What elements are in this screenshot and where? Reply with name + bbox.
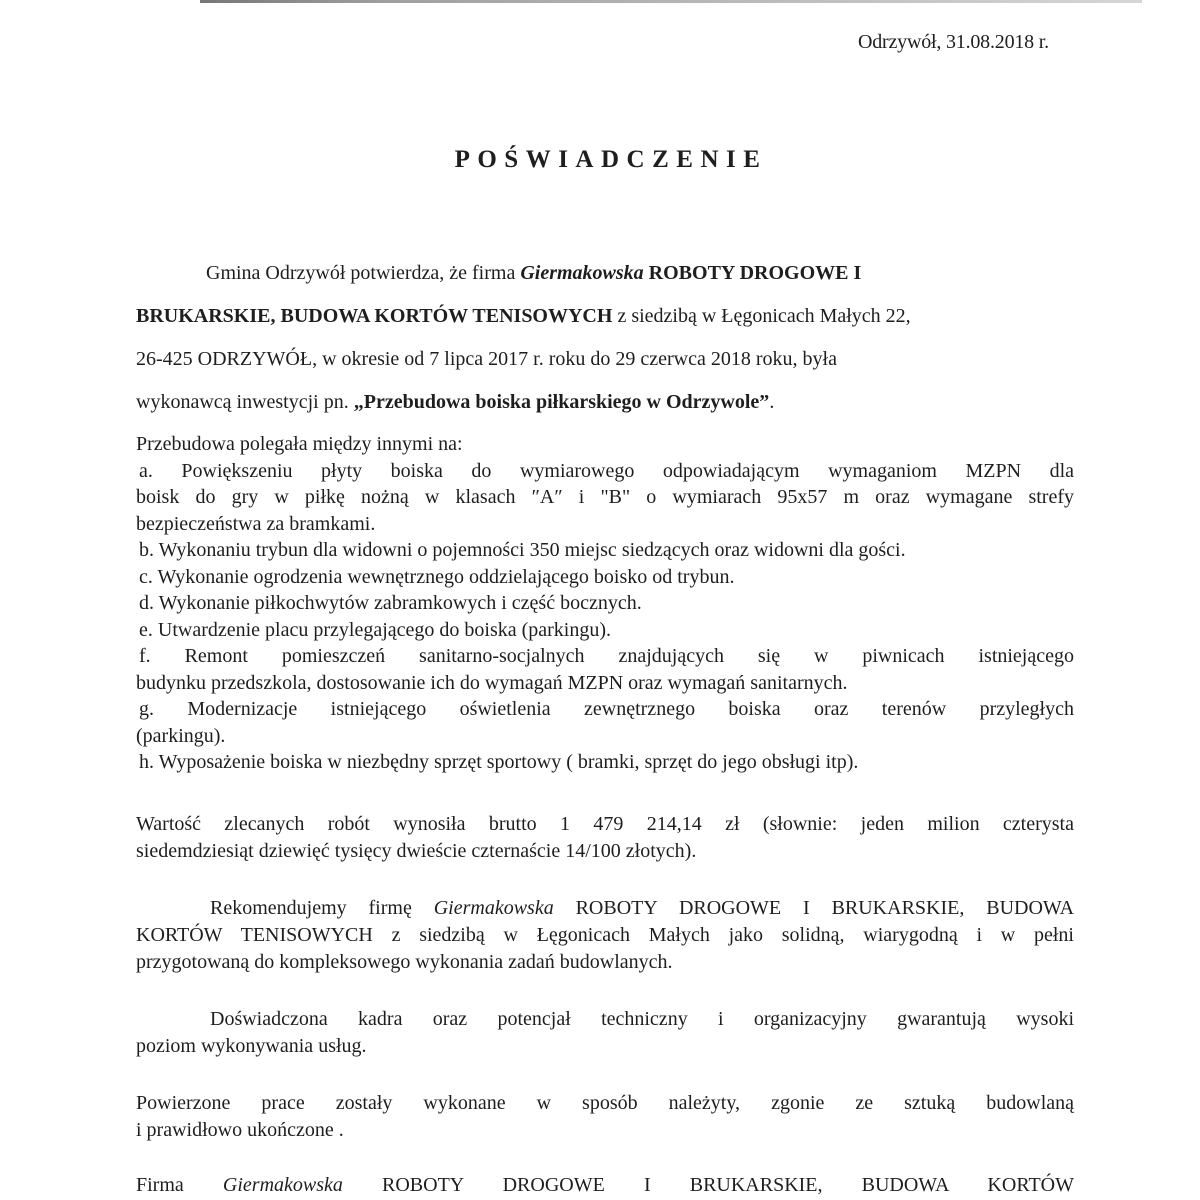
scope-item-g-line-2: (parkingu). xyxy=(136,723,1074,750)
recommend-line-2: KORTÓW TENISOWYCH z siedzibą w Łęgonicac… xyxy=(136,922,1074,949)
intro-line-1: Gmina Odrzywół potwierdza, że firma Gier… xyxy=(136,259,1076,302)
intro-text: Gmina Odrzywół potwierdza, że firma xyxy=(206,262,520,284)
recommend-line-1: Rekomendujemy firmę Giermakowska ROBOTY … xyxy=(136,895,1074,922)
works-line-1: Powierzone prace zostały wykonane w spos… xyxy=(136,1090,1074,1117)
company-name-bold: BRUKARSKIE, BUDOWA KORTÓW TENISOWYCH xyxy=(136,305,612,327)
company-name-bold: ROBOTY DROGOWE I xyxy=(644,262,862,284)
staff-line-1: Doświadczona kadra oraz potencjał techni… xyxy=(136,1006,1074,1033)
scope-item-f-line-1: f. Remont pomieszczeń sanitarno-socjalny… xyxy=(136,643,1074,670)
value-paragraph: Wartość zlecanych robót wynosiła brutto … xyxy=(136,811,1074,865)
staff-paragraph: Doświadczona kadra oraz potencjał techni… xyxy=(136,1006,1074,1060)
scope-item-d: d. Wykonanie piłkochwytów zabramkowych i… xyxy=(136,590,1074,617)
intro-text: z siedzibą w Łęgonicach Małych 22, xyxy=(612,305,910,327)
scope-item-e: e. Utwardzenie placu przylegającego do b… xyxy=(136,617,1074,644)
intro-text: . xyxy=(769,391,774,413)
scan-top-edge-line xyxy=(200,0,1142,3)
scope-list: Przebudowa polegała między innymi na: a.… xyxy=(136,431,1074,776)
recommend-text: ROBOTY DROGOWE I BRUKARSKIE, BUDOWA xyxy=(554,897,1074,919)
scope-item-f-line-2: budynku przedszkola, dostosowanie ich do… xyxy=(136,670,1074,697)
value-line-2: siedemdziesiąt dziewięć tysięcy dwieście… xyxy=(136,838,1074,865)
scope-item-a-line-3: bezpieczeństwa za bramkami. xyxy=(136,511,1074,538)
document-title: POŚWIADCZENIE xyxy=(0,146,1200,174)
scope-item-g-line-1: g. Modernizacje istniejącego oświetlenia… xyxy=(136,696,1074,723)
scope-item-a-line-1: a. Powiększeniu płyty boiska do wymiarow… xyxy=(136,458,1074,485)
intro-line-4: wykonawcą inwestycji pn. „Przebudowa boi… xyxy=(136,388,1076,431)
intro-paragraph: Gmina Odrzywół potwierdza, że firma Gier… xyxy=(136,259,1076,431)
works-paragraph: Powierzone prace zostały wykonane w spos… xyxy=(136,1090,1074,1144)
firm-paragraph: Firma Giermakowska ROBOTY DROGOWE I BRUK… xyxy=(136,1172,1074,1199)
company-name-italic: Giermakowska xyxy=(434,897,554,919)
firm-text: Firma xyxy=(136,1174,223,1196)
scope-item-h: h. Wyposażenie boiska w niezbędny sprzęt… xyxy=(136,749,1074,776)
firm-line-1: Firma Giermakowska ROBOTY DROGOWE I BRUK… xyxy=(136,1172,1074,1199)
recommend-text: Rekomendujemy firmę xyxy=(210,897,434,919)
company-name-italic: Giermakowska xyxy=(223,1174,343,1196)
recommend-line-3: przygotowaną do kompleksowego wykonania … xyxy=(136,949,1074,976)
scope-item-a-line-2: boisk do gry w piłkę nożną w klasach ″A″… xyxy=(136,484,1074,511)
staff-line-2: poziom wykonywania usług. xyxy=(136,1033,1074,1060)
company-name-italic: Giermakowska xyxy=(520,262,643,284)
investment-name: „Przebudowa boiska piłkarskiego w Odrzyw… xyxy=(354,391,770,413)
intro-line-2: BRUKARSKIE, BUDOWA KORTÓW TENISOWYCH z s… xyxy=(136,302,1076,345)
works-line-2: i prawidłowo ukończone . xyxy=(136,1117,1074,1144)
intro-line-3: 26-425 ODRZYWÓŁ, w okresie od 7 lipca 20… xyxy=(136,345,1076,388)
scope-heading: Przebudowa polegała między innymi na: xyxy=(136,431,1074,458)
place-date-line: Odrzywół, 31.08.2018 r. xyxy=(858,31,1049,54)
firm-text: ROBOTY DROGOWE I BRUKARSKIE, BUDOWA KORT… xyxy=(343,1174,1074,1196)
recommendation-paragraph: Rekomendujemy firmę Giermakowska ROBOTY … xyxy=(136,895,1074,976)
intro-text: wykonawcą inwestycji pn. xyxy=(136,391,354,413)
scope-item-c: c. Wykonanie ogrodzenia wewnętrznego odd… xyxy=(136,564,1074,591)
scope-item-b: b. Wykonaniu trybun dla widowni o pojemn… xyxy=(136,537,1074,564)
value-line-1: Wartość zlecanych robót wynosiła brutto … xyxy=(136,811,1074,838)
